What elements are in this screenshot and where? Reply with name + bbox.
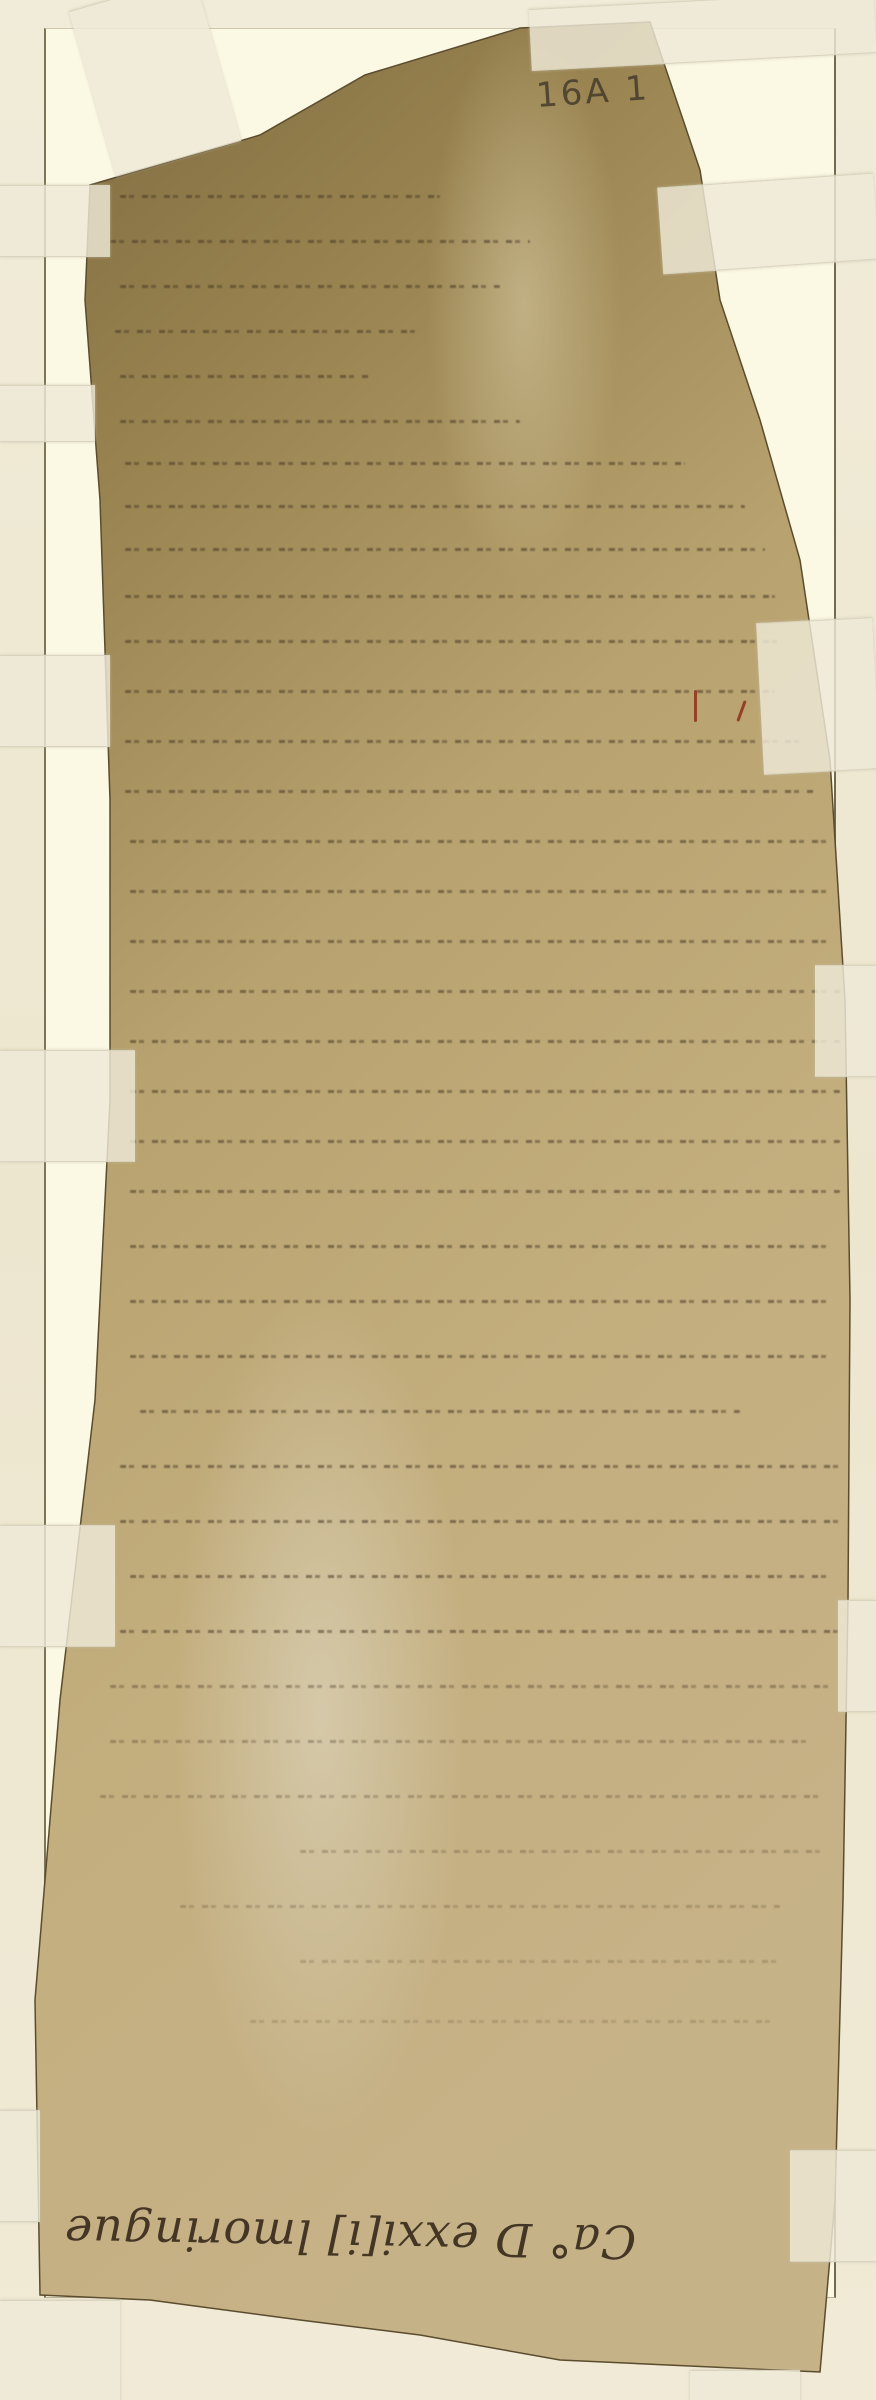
text-line: [125, 640, 785, 643]
text-line: [125, 740, 805, 743]
text-line: [140, 1410, 740, 1413]
text-line: [125, 462, 685, 465]
tape-strip: [0, 2300, 120, 2400]
text-line: [115, 330, 415, 333]
text-line: [130, 1090, 840, 1093]
dorsal-inscription: Ca° D exxi[i] lmoringue: [60, 2205, 641, 2269]
parchment-shape: [0, 0, 876, 2400]
text-line: [130, 990, 840, 993]
text-line: [120, 1630, 840, 1633]
text-line: [120, 375, 370, 378]
text-line: [100, 1795, 820, 1798]
text-line: [130, 1355, 830, 1358]
text-line: [180, 1905, 780, 1908]
tape-strip: [0, 1050, 135, 1162]
tape-strip: [0, 185, 110, 257]
red-ink-mark: [694, 690, 697, 722]
parchment-fragment: 16A 1 Ca° D exxi[i] lmoringue: [0, 0, 876, 2400]
tape-strip: [0, 2110, 40, 2222]
text-line: [120, 420, 520, 423]
text-line: [110, 1685, 830, 1688]
text-line: [120, 195, 440, 198]
text-line: [125, 548, 765, 551]
text-line: [130, 1140, 840, 1143]
text-line: [130, 1190, 840, 1193]
text-line: [125, 790, 815, 793]
text-line: [125, 595, 775, 598]
text-line: [130, 1575, 830, 1578]
text-line: [110, 240, 530, 243]
text-line: [120, 1520, 840, 1523]
tape-strip: [0, 655, 110, 747]
text-line: [125, 690, 775, 693]
tape-strip: [0, 1525, 115, 1647]
tape-strip: [690, 2370, 800, 2400]
text-line: [130, 940, 830, 943]
tape-strip: [790, 2150, 876, 2262]
text-line: [300, 1960, 780, 1963]
tape-strip: [657, 173, 876, 275]
text-line: [130, 890, 830, 893]
tape-strip: [815, 965, 876, 1077]
text-line: [130, 840, 830, 843]
tape-strip: [756, 617, 876, 775]
text-line: [130, 1245, 830, 1248]
text-line: [130, 1300, 830, 1303]
shelfmark-annotation: 16A 1: [535, 68, 651, 116]
text-line: [130, 1040, 840, 1043]
text-line: [250, 2020, 770, 2023]
text-line: [125, 505, 745, 508]
tape-strip: [838, 1600, 876, 1712]
text-line: [110, 1740, 810, 1743]
text-line: [120, 285, 500, 288]
text-line: [300, 1850, 820, 1853]
text-line: [120, 1465, 840, 1468]
tape-strip: [0, 385, 95, 442]
